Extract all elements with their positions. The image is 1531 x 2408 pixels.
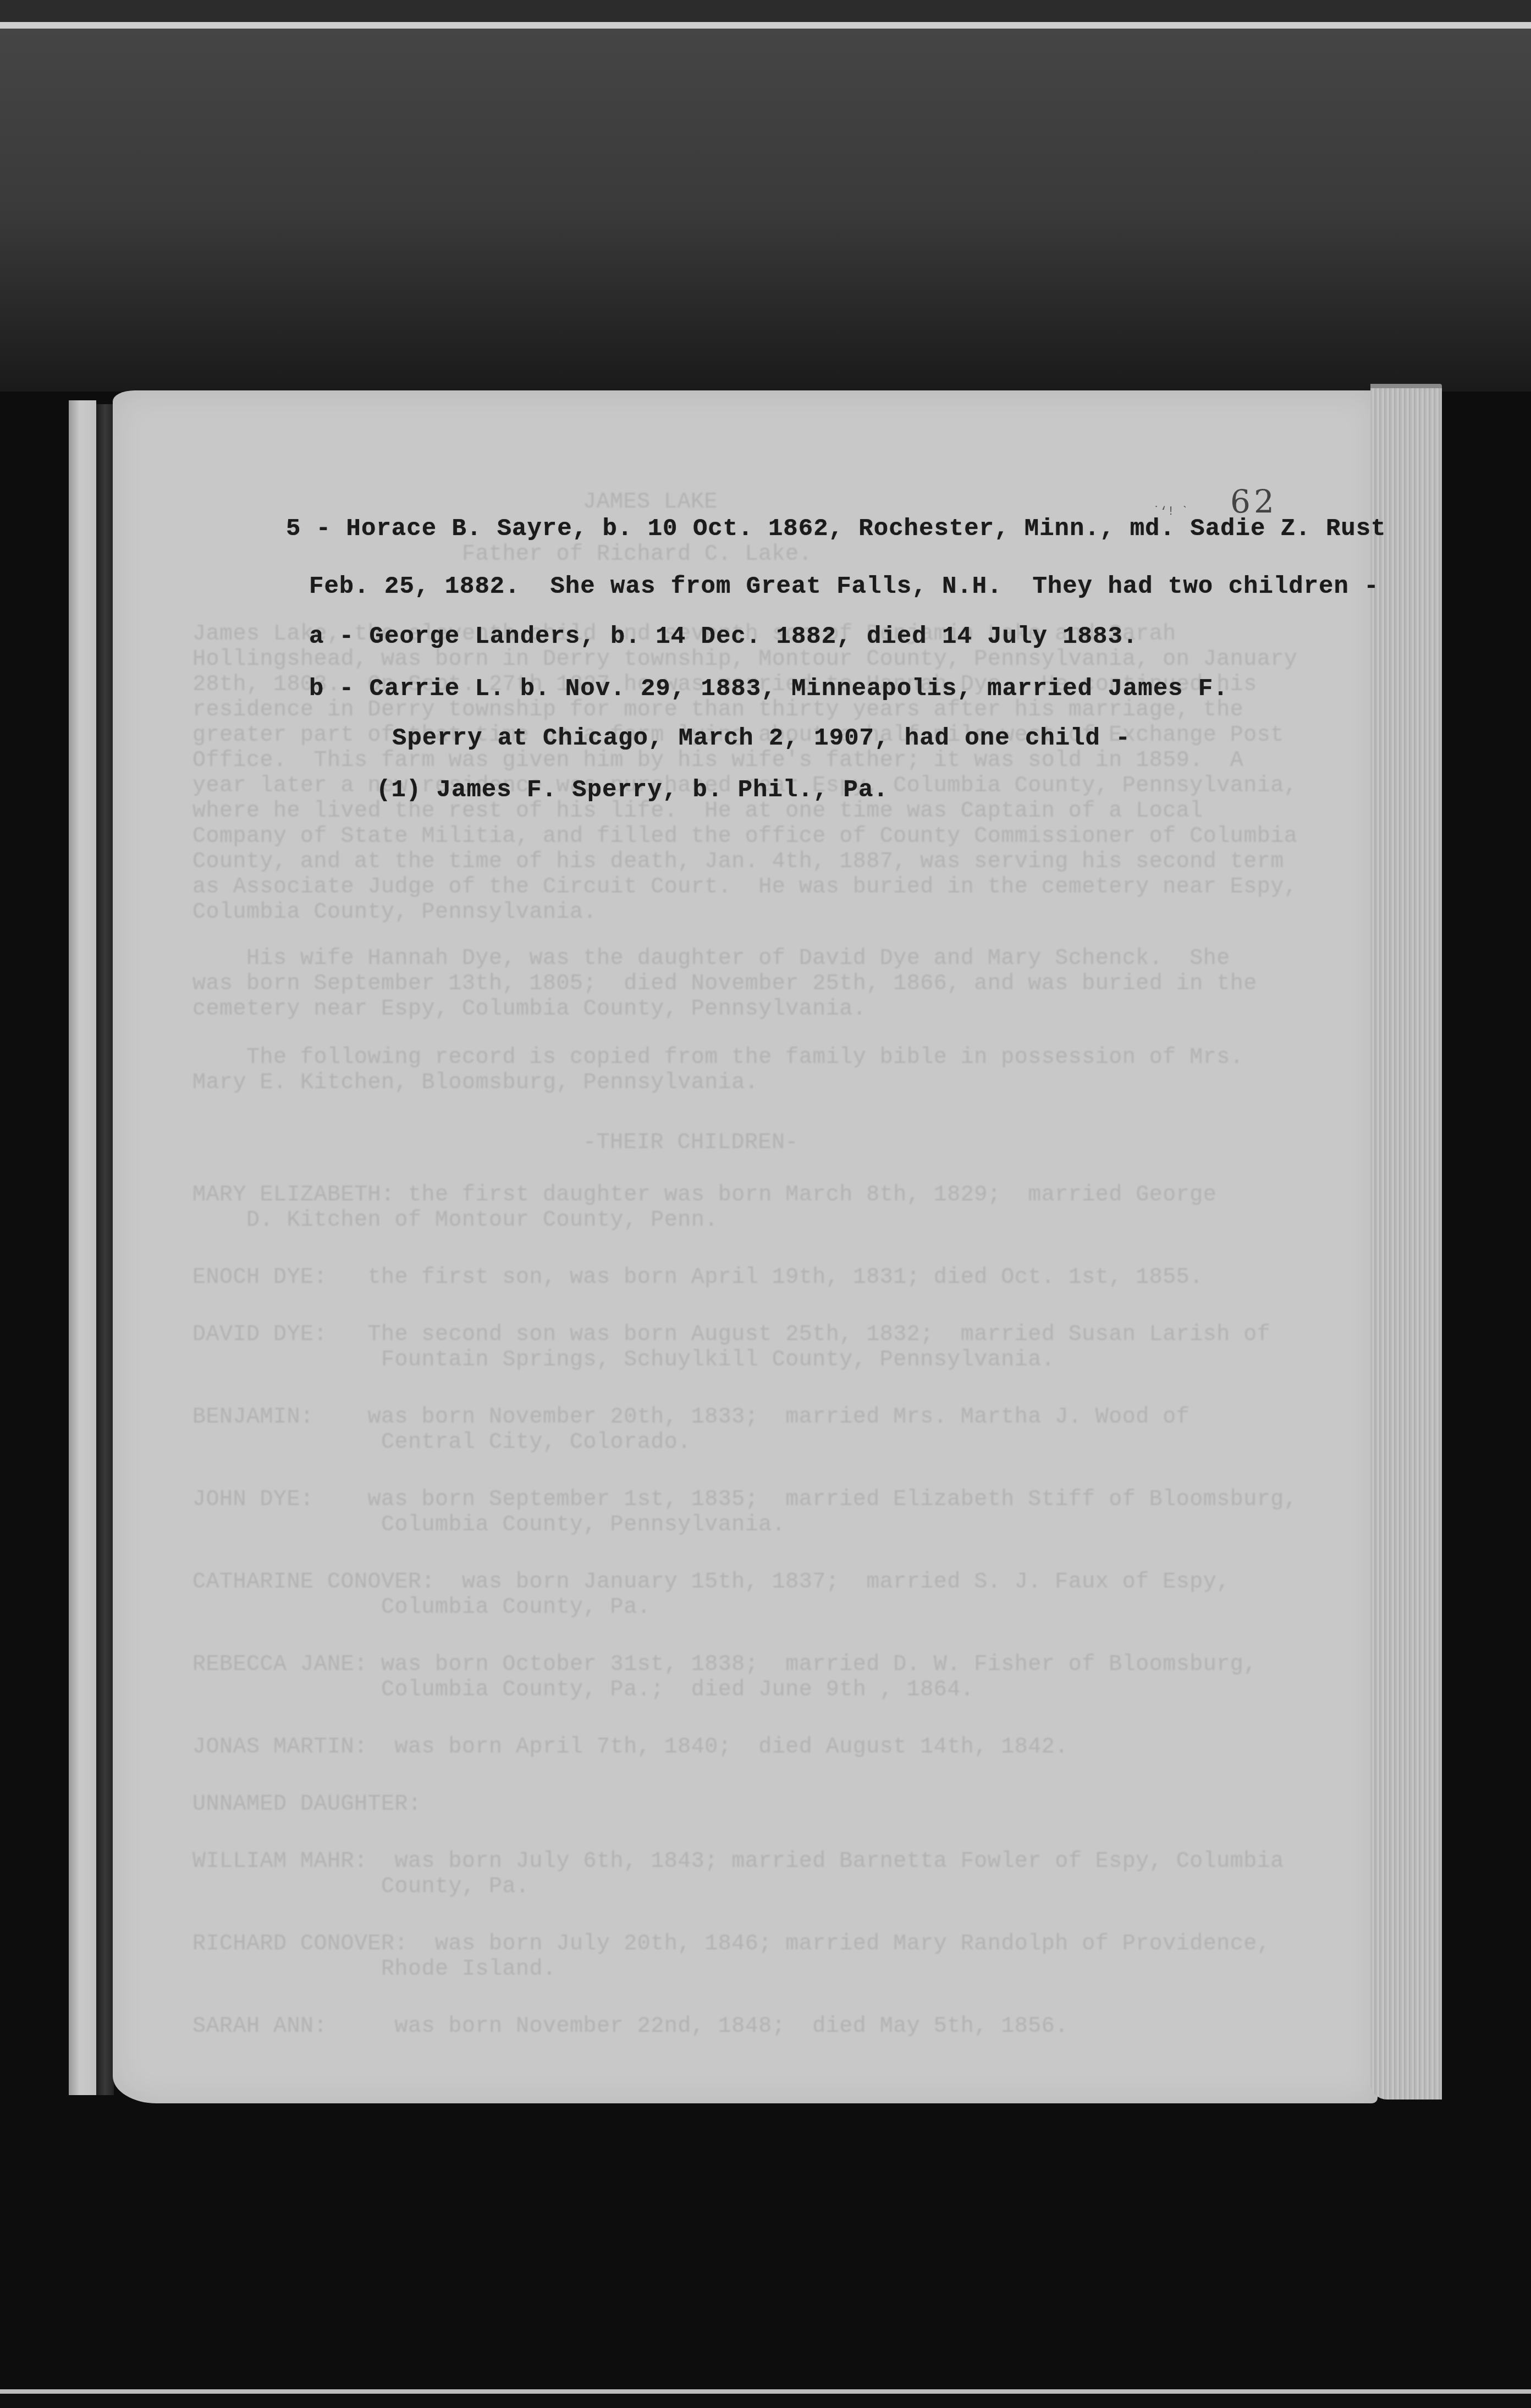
entry-line-2: Feb. 25, 1882. She was from Great Falls,… (309, 573, 1379, 600)
ghost-paragraph-line: Mary E. Kitchen, Bloomsburg, Pennsylvani… (192, 1070, 758, 1096)
ghost-paragraph-line: County, and at the time of his death, Ja… (192, 849, 1284, 875)
ghost-child-entry: JOHN DYE: was born September 1st, 1835; … (192, 1487, 1297, 1513)
ghost-child-entry: County, Pa. (192, 1874, 530, 1900)
grandchild-line: (1) James F. Sperry, b. Phil., Pa. (376, 776, 889, 804)
ghost-subtitle: Father of Richard C. Lake. (462, 542, 812, 568)
ghost-child-entry: MARY ELIZABETH: the first daughter was b… (192, 1182, 1216, 1209)
ghost-paragraph-line: was born September 13th, 1805; died Nove… (192, 971, 1257, 998)
ghost-paragraph-line: The following record is copied from the … (192, 1045, 1243, 1071)
ghost-child-entry: Rhode Island. (192, 1957, 557, 1983)
child-b-line: b - Carrie L. b. Nov. 29, 1883, Minneapo… (309, 675, 1229, 703)
left-page-edge (69, 400, 96, 2095)
ghost-child-entry: BENJAMIN: was born November 20th, 1833; … (192, 1404, 1189, 1431)
film-top-edge (0, 22, 1531, 29)
ghost-child-entry: ENOCH DYE: the first son, was born April… (192, 1265, 1203, 1291)
ghost-child-entry: Columbia County, Pa.; died June 9th , 18… (192, 1677, 974, 1704)
book-gutter (96, 404, 114, 2095)
child-a-line: a - George Landers, b. 14 Dec. 1882, die… (309, 623, 1138, 651)
ghost-paragraph-line: Columbia County, Pennsylvania. (192, 900, 597, 926)
page-stack-edge (1370, 384, 1442, 2100)
ghost-child-entry: DAVID DYE: The second son was born Augus… (192, 1322, 1270, 1348)
ghost-paragraph-line: Hollingshead, was born in Derry township… (192, 647, 1297, 673)
ghost-child-entry: Columbia County, Pa. (192, 1595, 651, 1621)
page-number: 62 (1230, 483, 1277, 520)
ghost-child-entry: CATHARINE CONOVER: was born January 15th… (192, 1569, 1230, 1596)
ghost-child-entry: D. Kitchen of Montour County, Penn. (192, 1208, 718, 1234)
film-background (0, 29, 1531, 392)
entry-line-1: 5 - Horace B. Sayre, b. 10 Oct. 1862, Ro… (286, 515, 1386, 543)
ghost-child-entry: RICHARD CONOVER: was born July 20th, 184… (192, 1931, 1270, 1958)
ghost-paragraph-line: Company of State Militia, and filled the… (192, 824, 1297, 850)
ghost-child-entry: UNNAMED DAUGHTER: (192, 1792, 422, 1818)
ghost-child-entry: WILLIAM MAHR: was born July 6th, 1843; m… (192, 1849, 1284, 1875)
ghost-children-heading: -THEIR CHILDREN- (583, 1130, 798, 1156)
ghost-child-entry: REBECCA JANE: was born October 31st, 183… (192, 1652, 1257, 1678)
child-b-continuation: Sperry at Chicago, March 2, 1907, had on… (392, 725, 1131, 752)
ghost-child-entry: SARAH ANN: was born November 22nd, 1848;… (192, 2014, 1069, 2040)
ghost-child-entry: Central City, Colorado. (192, 1430, 691, 1456)
ghost-paragraph-line: as Associate Judge of the Circuit Court.… (192, 874, 1297, 901)
ghost-paragraph-line: cemetery near Espy, Columbia County, Pen… (192, 996, 866, 1023)
ghost-child-entry: JONAS MARTIN: was born April 7th, 1840; … (192, 1734, 1069, 1761)
ghost-child-entry: Fountain Springs, Schuylkill County, Pen… (192, 1347, 1055, 1374)
ghost-title: JAMES LAKE (583, 489, 718, 516)
film-top-border (0, 0, 1531, 22)
film-bottom-border (0, 2394, 1531, 2408)
ghost-paragraph-line: His wife Hannah Dye, was the daughter of… (192, 946, 1230, 972)
ghost-child-entry: Columbia County, Pennsylvania. (192, 1512, 785, 1539)
film-bottom-edge (0, 2389, 1531, 2394)
